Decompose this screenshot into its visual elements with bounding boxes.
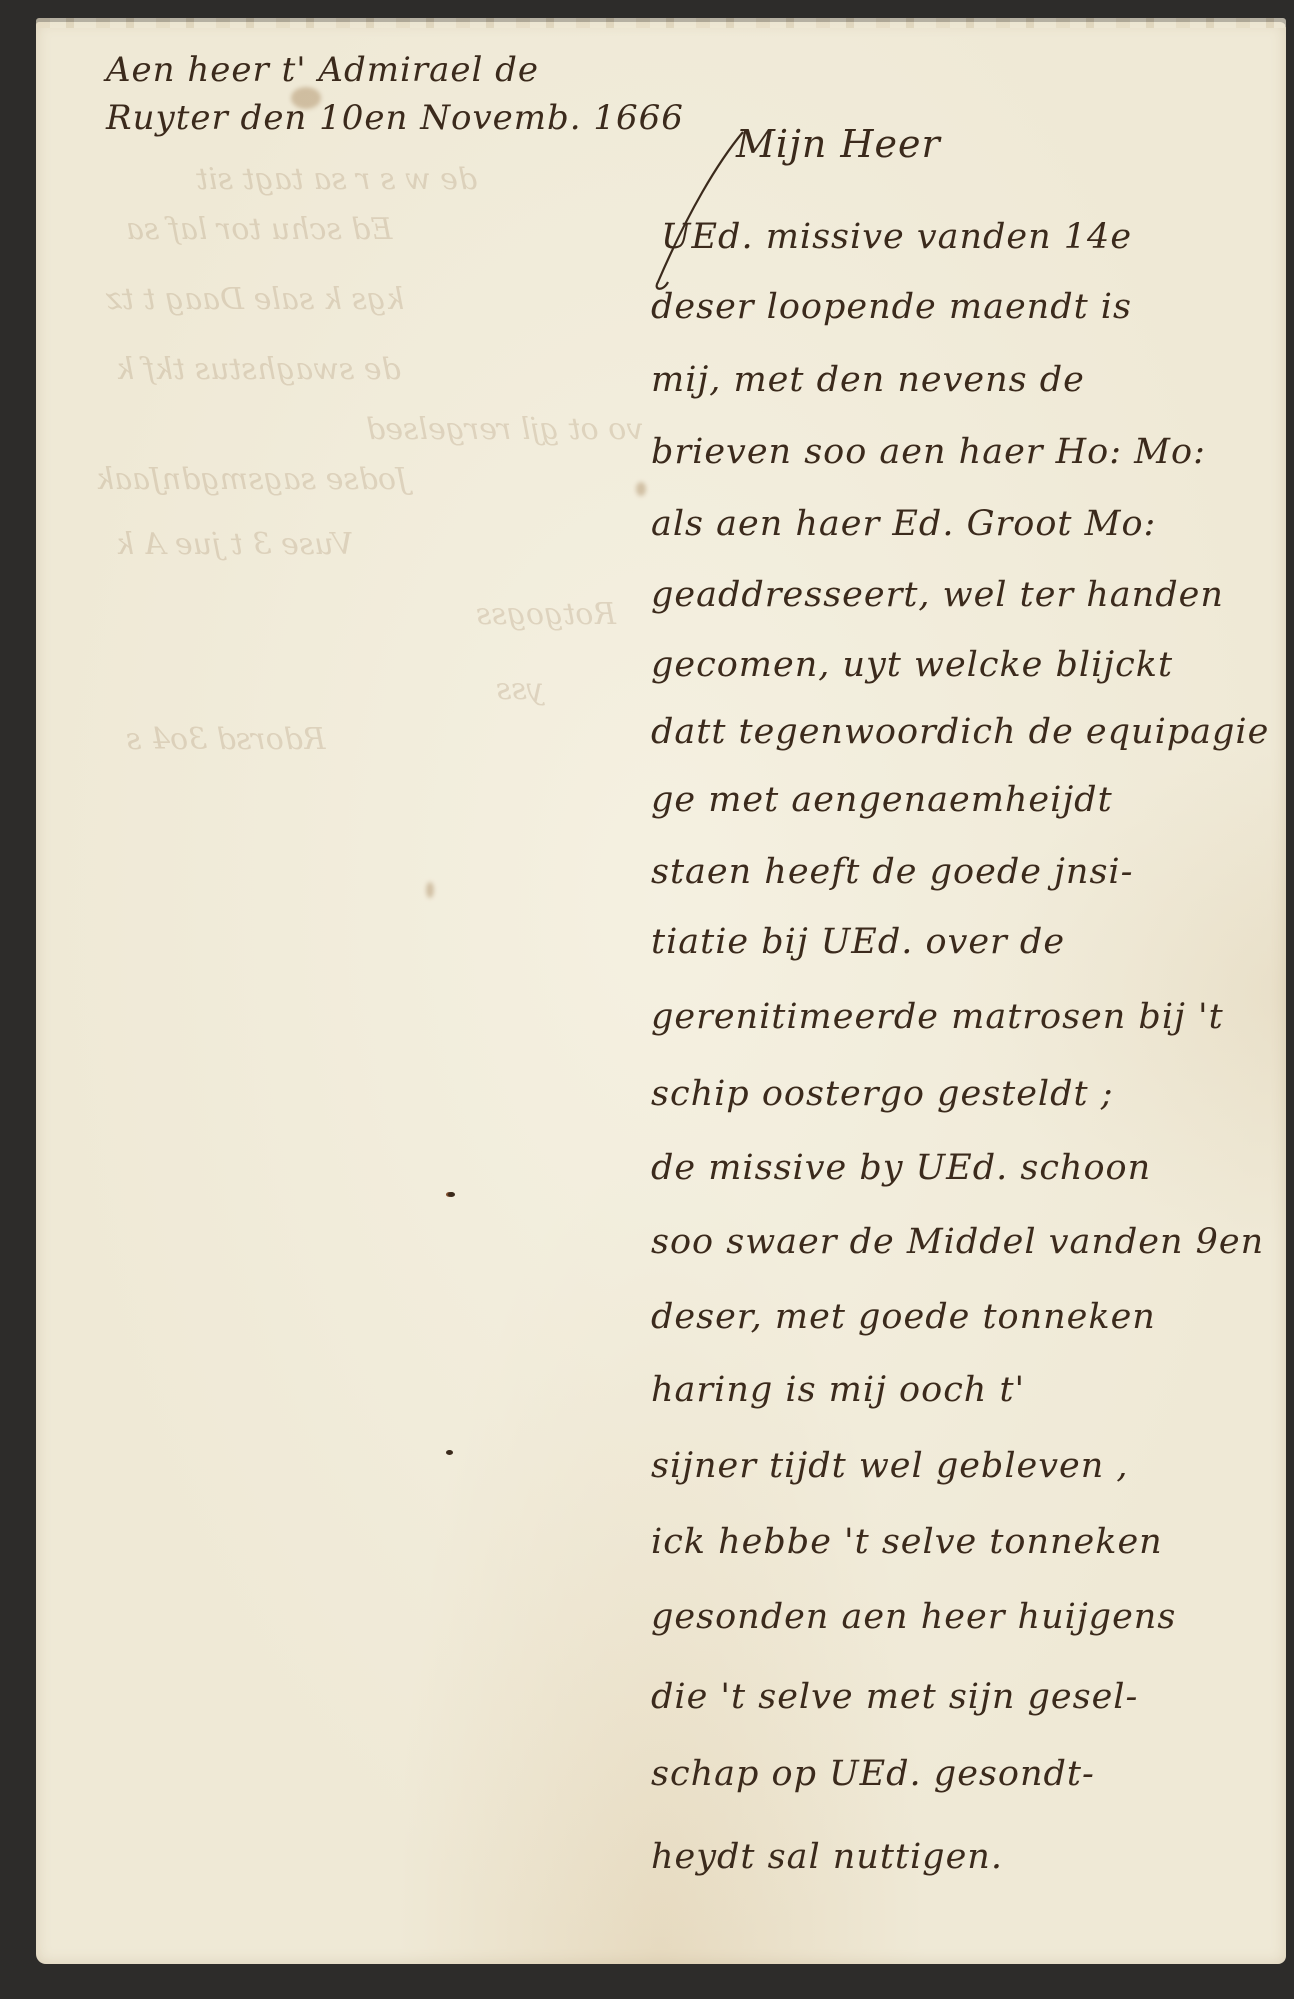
body-line: gerenitimeerde matrosen bij 't	[651, 997, 1224, 1037]
address-line-2: Ruyter den 10en Novemb. 1666	[106, 98, 684, 138]
bleed-through-line: Rotgogss	[476, 597, 616, 632]
ink-stain	[636, 482, 646, 496]
body-line: als aen haer Ed. Groot Mo:	[651, 504, 1156, 544]
bleed-through-line: kgs k sale Daag t tz	[106, 282, 404, 317]
bleed-through-line: Vuse 3 t jue A k	[116, 527, 353, 562]
body-line: tiatie bij UEd. over de	[651, 922, 1065, 962]
ink-dot	[448, 1192, 455, 1197]
body-line: die 't selve met sijn gesel-	[651, 1677, 1138, 1717]
body-line: mij, met den nevens de	[651, 360, 1085, 400]
body-line: de missive by UEd. schoon	[651, 1148, 1151, 1188]
body-line: deser, met goede tonneken	[651, 1297, 1156, 1337]
bleed-through-line: yss	[496, 672, 544, 707]
body-line: geaddresseert, wel ter handen	[651, 575, 1224, 615]
body-line: soo swaer de Middel vanden 9en	[651, 1222, 1264, 1262]
body-line: sijner tijdt wel gebleven ,	[651, 1446, 1129, 1486]
ink-stain	[426, 882, 434, 898]
body-line: gecomen, uyt welcke blijckt	[651, 645, 1173, 685]
bleed-through-line: Jodse sagsmgdnJaak	[96, 462, 408, 497]
ink-dot	[446, 1450, 453, 1455]
body-line: brieven soo aen haer Ho: Mo:	[651, 432, 1206, 472]
body-line: schip oostergo gesteldt ;	[651, 1074, 1113, 1114]
body-line: ge met aengenaemheijdt	[651, 780, 1113, 820]
body-line: deser loopende maendt is	[651, 287, 1132, 327]
address-line-1: Aen heer t' Admirael de	[106, 50, 539, 90]
bleed-through-line: vo ot gjl rergelsed	[366, 412, 643, 447]
body-line: UEd. missive vanden 14e	[661, 217, 1132, 257]
bleed-through-line: de swaghstus tkf k	[116, 352, 401, 387]
body-line: gesonden aen heer huijgens	[651, 1597, 1176, 1637]
bleed-through-line: Rdorsd 3o4 s	[126, 722, 326, 757]
letter-page: de w s r sa tagt sit Ed schu tor laf sa …	[36, 22, 1286, 1964]
body-line: staen heeft de goede jnsi-	[651, 852, 1133, 892]
body-line: heydt sal nuttigen.	[651, 1837, 1003, 1877]
bleed-through-line: Ed schu tor laf sa	[126, 212, 392, 247]
bleed-through-line: de w s r sa tagt sit	[196, 162, 477, 197]
body-line: schap op UEd. gesondt-	[651, 1754, 1095, 1794]
body-line: datt tegenwoordich de equipagie	[651, 712, 1269, 752]
body-line: haring is mij ooch t'	[651, 1370, 1025, 1410]
body-line: ick hebbe 't selve tonneken	[651, 1522, 1163, 1562]
salutation: Mijn Heer	[736, 122, 941, 166]
